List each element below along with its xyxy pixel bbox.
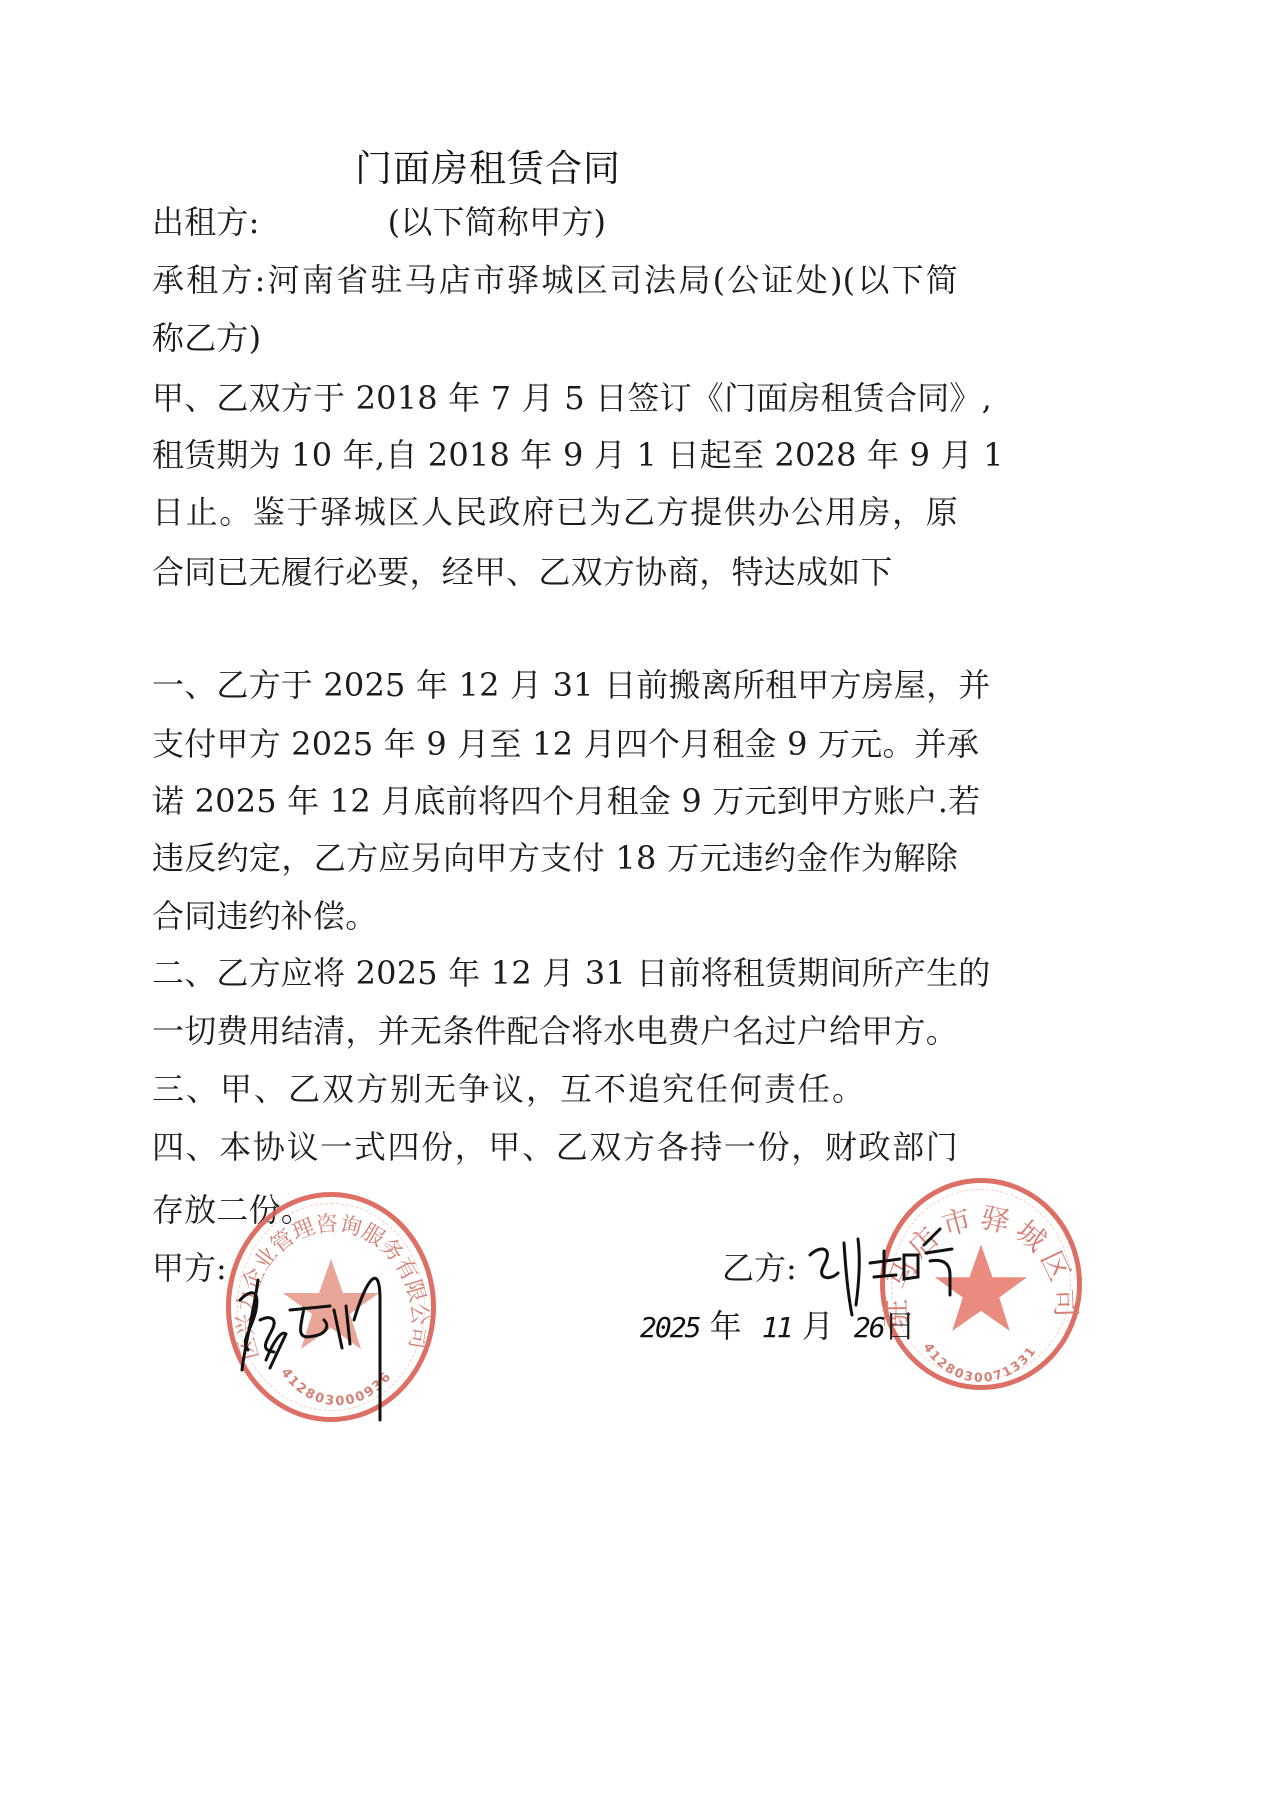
clause-2-line-2: 一切费用结清，并无条件配合将水电费户名过户给甲方。 [152,1011,958,1051]
lessee-line-2: 称乙方) [152,318,261,358]
lessor-line: 出租方:(以下简称甲方) [152,202,606,242]
lessee-line-1: 承租方:河南省驻马店市驿城区司法局(公证处)(以下简 [152,260,958,300]
date-month: 11 [762,1311,792,1344]
preamble-line-1: 甲、乙双方于 2018 年 7 月 5 日签订《门面房租赁合同》, [152,378,958,418]
date-day: 26 [854,1311,884,1344]
date-month-unit: 月 [802,1307,834,1345]
lessor-alias: (以下简称甲方) [388,203,607,241]
clause-3-line-1: 三、甲、乙双方别无争议，互不追究任何责任。 [152,1069,866,1109]
contract-page: 门面房租赁合同 出租方:(以下简称甲方) 承租方:河南省驻马店市驿城区司法局(公… [0,0,1279,1812]
preamble-line-3: 日止。鉴于驿城区人民政府已为乙方提供办公用房，原 [152,492,958,532]
preamble-line-2: 租赁期为 10 年,自 2018 年 9 月 1 日起至 2028 年 9 月 … [152,435,958,475]
party-a-label: 甲方: [152,1248,227,1288]
date-day-unit: 日 [884,1307,916,1345]
signing-date: 2025 年 11 月 26日 [640,1306,916,1348]
seal-b-code: 4128030071331 [921,1340,1040,1385]
clause-1-line-4: 违反约定，乙方应另向甲方支付 18 万元违约金作为解除 [152,838,958,878]
lessor-label: 出租方: [152,203,260,241]
date-year-unit: 年 [710,1307,742,1345]
clause-1-line-1: 一、乙方于 2025 年 12 月 31 日前搬离所租甲方房屋，并 [152,665,958,705]
clause-1-line-2: 支付甲方 2025 年 9 月至 12 月四个月租金 9 万元。并承 [152,724,958,764]
svg-text:4128030071331: 4128030071331 [921,1340,1040,1385]
clause-1-line-3: 诺 2025 年 12 月底前将四个月租金 9 万元到甲方账户.若 [152,781,958,821]
clause-2-line-1: 二、乙方应将 2025 年 12 月 31 日前将租赁期间所产生的 [152,953,958,993]
document-title: 门面房租赁合同 [355,138,621,192]
date-year: 2025 [640,1311,699,1344]
party-b-label: 乙方: [722,1248,797,1288]
preamble-line-4: 合同已无履行必要，经甲、乙双方协商，特达成如下 [152,552,893,592]
clause-1-line-5: 合同违约补偿。 [152,896,377,936]
party-a-handwritten-signature: 张西湖 [230,1260,410,1430]
clause-4-line-1: 四、本协议一式四份，甲、乙双方各持一份，财政部门 [152,1127,958,1167]
